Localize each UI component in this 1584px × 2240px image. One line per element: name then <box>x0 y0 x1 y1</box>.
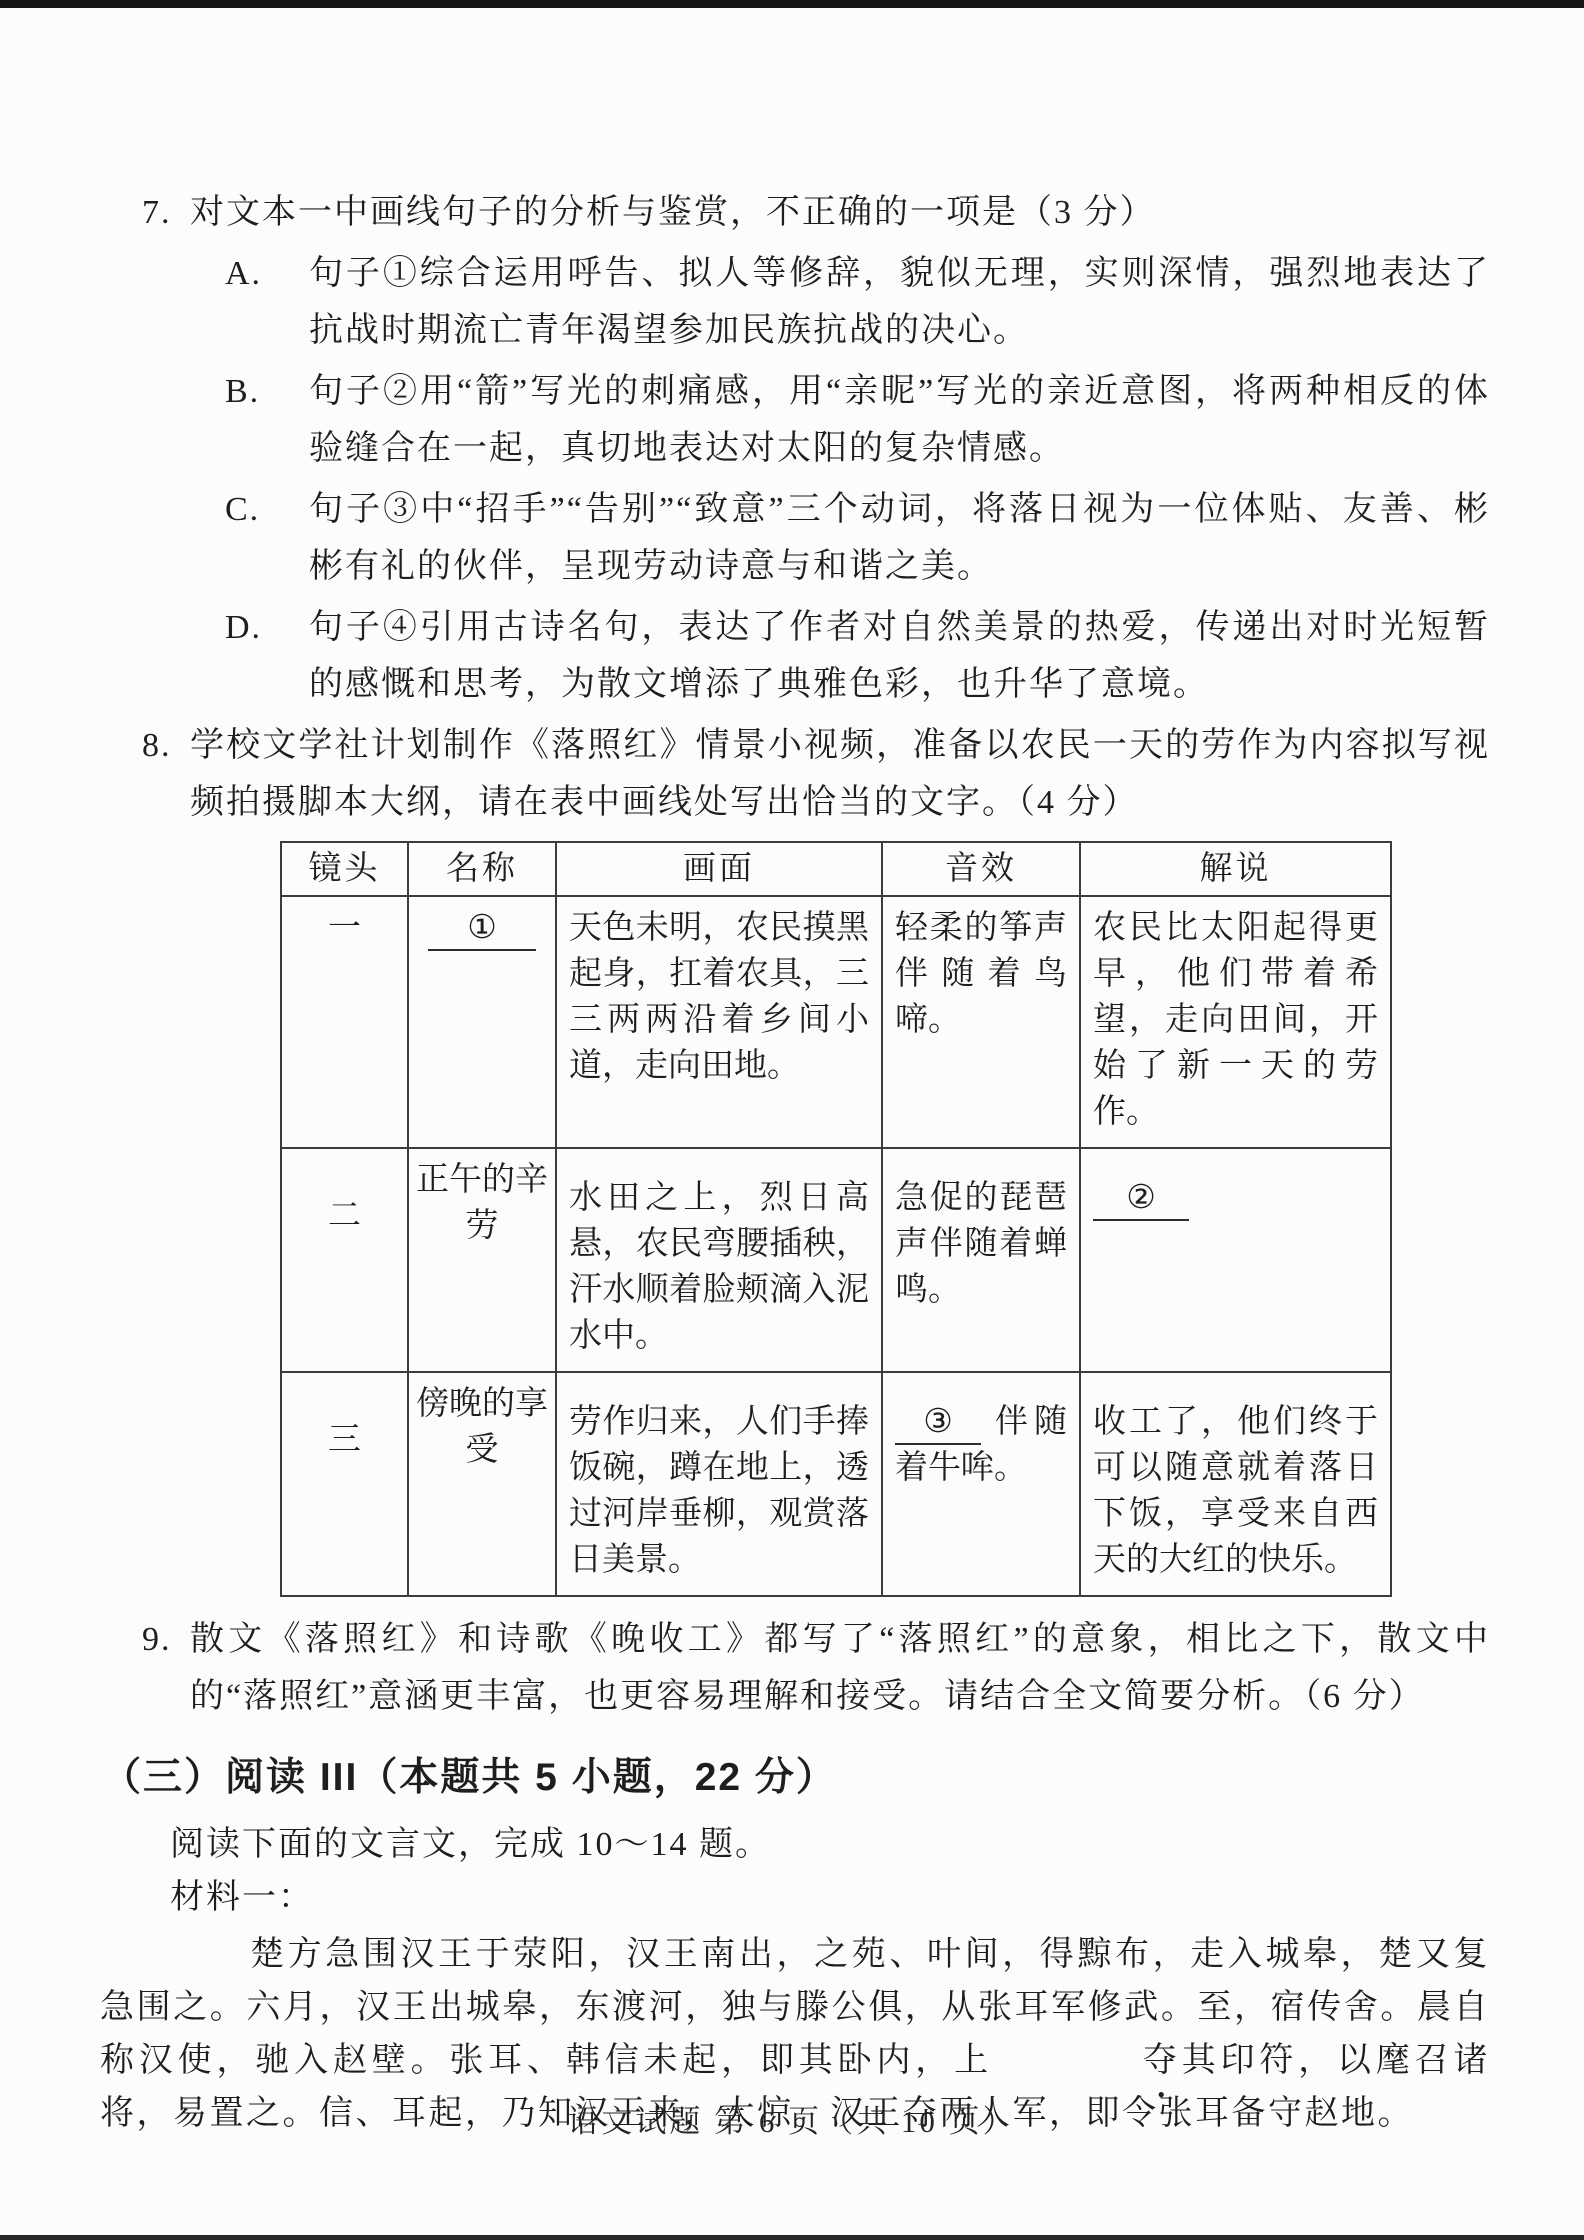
blank-2: ② <box>1093 1177 1189 1221</box>
question-9: 9. 散文《落照红》和诗歌《晚收工》都写了“落照红”的意象，相比之下，散文中的“… <box>100 1611 1490 1725</box>
question-7-stem-row: 7. 对文本一中画线句子的分析与鉴赏，不正确的一项是（3 分） <box>142 184 1490 241</box>
row1-scene: 天色未明，农民摸黑起身，扛着农具，三三两两沿着乡间小道，走向田地。 <box>556 896 882 1148</box>
row2-narration-cell: ② <box>1080 1148 1391 1372</box>
option-a-label: A. <box>225 245 309 359</box>
emphasized-char-glyph: 夺 <box>1143 2042 1180 2079</box>
option-c-label: C. <box>225 481 309 595</box>
question-7-option-d: D. 句子④引用古诗名句，表达了作者对自然美景的热爱，传递出对时光短暂的感慨和思… <box>225 599 1490 713</box>
row3-scene: 劳作归来，人们手捧饭碗，蹲在地上，透过河岸垂柳，观赏落日美景。 <box>556 1372 882 1596</box>
emphasized-char: 夺• <box>993 2034 1180 2087</box>
passage-intro: 阅读下面的文言文，完成 10～14 题。 <box>170 1817 1490 1872</box>
table-row-2: 二 正午的辛劳 水田之上，烈日高悬，农民弯腰插秧，汗水顺着脸颊滴入泥水中。 急促… <box>281 1148 1391 1372</box>
page-footer: 语文试题 第 6 页（共 10 页） <box>0 2096 1584 2141</box>
row3-sound-cell: ③伴随着牛哞。 <box>882 1372 1080 1596</box>
col-header-name: 名称 <box>408 842 556 896</box>
row1-name-cell: ① <box>408 896 556 1148</box>
question-7-stem: 对文本一中画线句子的分析与鉴赏，不正确的一项是（3 分） <box>190 184 1490 241</box>
question-9-number: 9. <box>142 1611 190 1725</box>
exam-page: 7. 对文本一中画线句子的分析与鉴赏，不正确的一项是（3 分） A. 句子①综合… <box>0 0 1584 2240</box>
option-b-text: 句子②用“箭”写光的刺痛感，用“亲昵”写光的亲近意图，将两种相反的体验缝合在一起… <box>309 363 1490 477</box>
question-8-number: 8. <box>142 717 190 831</box>
question-7-option-a: A. 句子①综合运用呼告、拟人等修辞，貌似无理，实则深情，强烈地表达了抗战时期流… <box>225 245 1490 359</box>
question-8: 8. 学校文学社计划制作《落照红》情景小视频，准备以农民一天的劳作为内容拟写视频… <box>100 717 1490 1597</box>
table-header-row: 镜头 名称 画面 音效 解说 <box>281 842 1391 896</box>
row3-shot: 三 <box>281 1372 408 1596</box>
question-7-option-c: C. 句子③中“招手”“告别”“致意”三个动词，将落日视为一位体贴、友善、彬彬有… <box>225 481 1490 595</box>
col-header-scene: 画面 <box>556 842 882 896</box>
scan-edge-bottom <box>0 2235 1584 2240</box>
row1-sound: 轻柔的筝声伴随着鸟啼。 <box>882 896 1080 1148</box>
row2-scene: 水田之上，烈日高悬，农民弯腰插秧，汗水顺着脸颊滴入泥水中。 <box>556 1148 882 1372</box>
row1-narration: 农民比太阳起得更早，他们带着希望，走向田间，开始了新一天的劳作。 <box>1080 896 1391 1148</box>
table-row-1: 一 ① 天色未明，农民摸黑起身，扛着农具，三三两两沿着乡间小道，走向田地。 轻柔… <box>281 896 1391 1148</box>
row3-narration: 收工了，他们终于可以随意就着落日下饭，享受来自西天的大红的快乐。 <box>1080 1372 1391 1596</box>
question-9-stem: 散文《落照红》和诗歌《晚收工》都写了“落照红”的意象，相比之下，散文中的“落照红… <box>190 1611 1490 1725</box>
storyboard-table: 镜头 名称 画面 音效 解说 一 ① 天色未明，农民摸黑起身，扛着农具，三三两两… <box>280 841 1392 1597</box>
table-row-3: 三 傍晚的享受 劳作归来，人们手捧饭碗，蹲在地上，透过河岸垂柳，观赏落日美景。 … <box>281 1372 1391 1596</box>
option-c-text: 句子③中“招手”“告别”“致意”三个动词，将落日视为一位体贴、友善、彬彬有礼的伙… <box>309 481 1490 595</box>
page-content: 7. 对文本一中画线句子的分析与鉴赏，不正确的一项是（3 分） A. 句子①综合… <box>100 0 1490 2140</box>
question-7-option-b: B. 句子②用“箭”写光的刺痛感，用“亲昵”写光的亲近意图，将两种相反的体验缝合… <box>225 363 1490 477</box>
question-7-number: 7. <box>142 184 190 241</box>
blank-2-mark: ② <box>1126 1180 1156 1216</box>
row2-sound: 急促的琵琶声伴随着蝉鸣。 <box>882 1148 1080 1372</box>
option-d-label: D. <box>225 599 309 713</box>
question-8-stem-row: 8. 学校文学社计划制作《落照红》情景小视频，准备以农民一天的劳作为内容拟写视频… <box>142 717 1490 831</box>
option-d-text: 句子④引用古诗名句，表达了作者对自然美景的热爱，传递出对时光短暂的感慨和思考，为… <box>309 599 1490 713</box>
blank-3-mark: ③ <box>923 1404 953 1440</box>
question-9-stem-row: 9. 散文《落照红》和诗歌《晚收工》都写了“落照红”的意象，相比之下，散文中的“… <box>142 1611 1490 1725</box>
option-b-label: B. <box>225 363 309 477</box>
question-8-stem: 学校文学社计划制作《落照红》情景小视频，准备以农民一天的劳作为内容拟写视频拍摄脚… <box>190 717 1490 831</box>
section-3-heading: （三）阅读 III（本题共 5 小题，22 分） <box>102 1749 1490 1807</box>
col-header-shot: 镜头 <box>281 842 408 896</box>
blank-3: ③ <box>895 1401 981 1445</box>
col-header-sound: 音效 <box>882 842 1080 896</box>
row2-name: 正午的辛劳 <box>408 1148 556 1372</box>
row2-shot: 二 <box>281 1148 408 1372</box>
option-a-text: 句子①综合运用呼告、拟人等修辞，貌似无理，实则深情，强烈地表达了抗战时期流亡青年… <box>309 245 1490 359</box>
row1-shot: 一 <box>281 896 408 1148</box>
col-header-narration: 解说 <box>1080 842 1391 896</box>
blank-1-mark: ① <box>467 910 497 946</box>
material-1-label: 材料一： <box>170 1872 1490 1924</box>
row3-name: 傍晚的享受 <box>408 1372 556 1596</box>
blank-1: ① <box>428 907 536 951</box>
question-7: 7. 对文本一中画线句子的分析与鉴赏，不正确的一项是（3 分） A. 句子①综合… <box>100 184 1490 713</box>
